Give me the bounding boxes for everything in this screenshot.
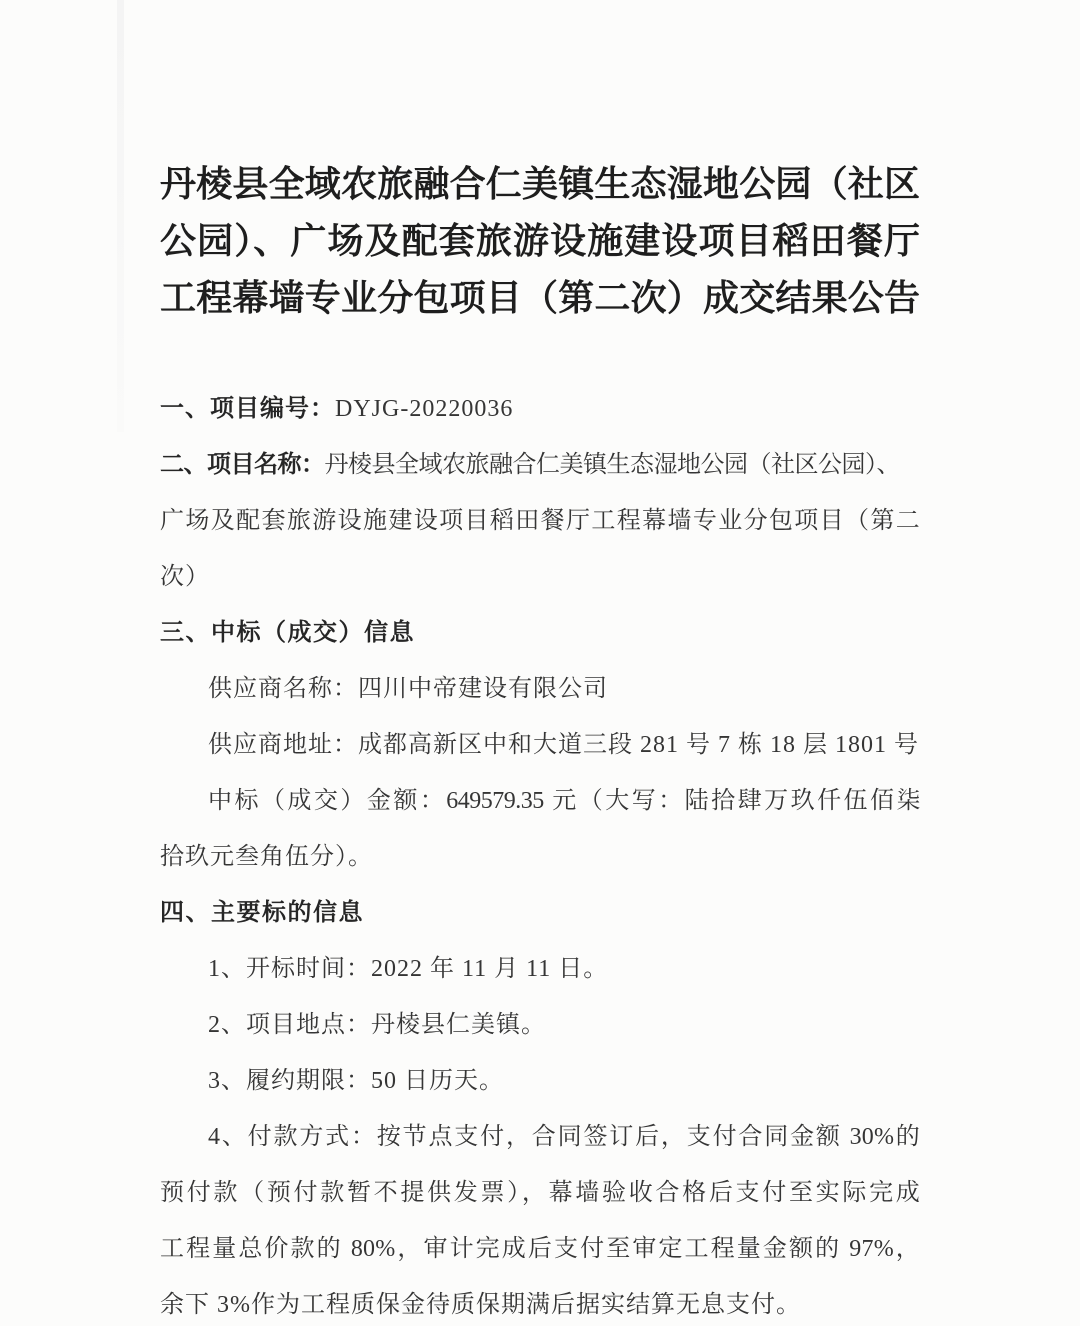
project-name-line-1: 二、项目名称：丹棱县全域农旅融合仁美镇生态湿地公园（社区公园）、 [160,437,920,493]
payment-line-4: 余下 3%作为工程质保金待质保期满后据实结算无息支付。 [160,1277,920,1326]
payment-line-3: 工程量总价款的 80%，审计完成后支付至审定工程量金额的 97%， [160,1221,920,1277]
document-body: 一、项目编号：DYJG-20220036 二、项目名称：丹棱县全域农旅融合仁美镇… [160,381,920,1326]
supplier-name-line: 供应商名称：四川中帝建设有限公司 [160,661,920,717]
performance-period-line: 3、履约期限：50 日历天。 [160,1053,920,1109]
award-amount-line-1: 中标（成交）金额：649579.35 元（大写：陆拾肆万玖仟伍佰柒 [160,773,920,829]
project-number-value: DYJG-20220036 [335,396,513,422]
supplier-address-line: 供应商地址：成都高新区中和大道三段 281 号 7 栋 18 层 1801 号 [160,717,920,773]
project-name-text: 丹棱县全域农旅融合仁美镇生态湿地公园（社区公园）、 [325,452,901,478]
subject-info-heading: 四、主要标的信息 [160,885,920,941]
bid-opening-time-line: 1、开标时间：2022 年 11 月 11 日。 [160,941,920,997]
title-line-3: 工程幕墙专业分包项目（第二次）成交结果公告 [160,270,920,327]
project-number-label: 一、项目编号： [160,395,335,422]
award-amount-line-2: 拾玖元叁角伍分）。 [160,829,920,885]
document-title: 丹棱县全域农旅融合仁美镇生态湿地公园（社区 公园）、广场及配套旅游设施建设项目稻… [160,156,920,327]
scan-artifact [117,0,124,432]
project-location-line: 2、项目地点：丹棱县仁美镇。 [160,997,920,1053]
title-line-1: 丹棱县全域农旅融合仁美镇生态湿地公园（社区 [160,156,920,213]
project-name-line-3: 次） [160,549,920,605]
payment-line-2: 预付款（预付款暂不提供发票），幕墙验收合格后支付至实际完成 [160,1165,920,1221]
project-number-line: 一、项目编号：DYJG-20220036 [160,381,920,437]
project-name-line-2: 广场及配套旅游设施建设项目稻田餐厅工程幕墙专业分包项目（第二 [160,493,920,549]
project-name-label: 二、项目名称： [160,451,325,478]
title-line-2: 公园）、广场及配套旅游设施建设项目稻田餐厅 [160,213,920,270]
payment-line-1: 4、付款方式：按节点支付，合同签订后，支付合同金额 30%的 [160,1109,920,1165]
document-page: 丹棱县全域农旅融合仁美镇生态湿地公园（社区 公园）、广场及配套旅游设施建设项目稻… [0,0,1080,1326]
document-content: 丹棱县全域农旅融合仁美镇生态湿地公园（社区 公园）、广场及配套旅游设施建设项目稻… [160,156,920,1326]
award-info-heading: 三、中标（成交）信息 [160,605,920,661]
